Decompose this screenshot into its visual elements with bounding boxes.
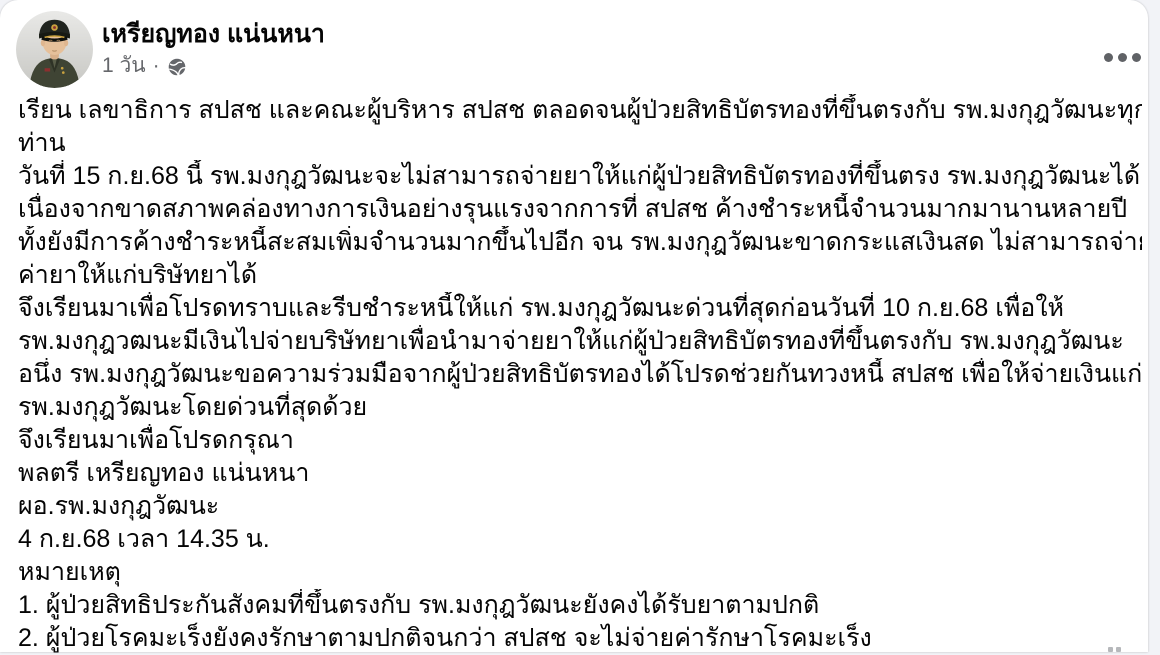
- post-line: รพ.มงกุฎวฒนะมีเงินไปจ่ายบริษัทยาเพื่อนำม…: [18, 325, 1142, 358]
- meta-separator: ·: [153, 53, 160, 79]
- header-text: เหรียญทอง แน่นหนา 1 วัน ·: [102, 19, 325, 79]
- author-name[interactable]: เหรียญทอง แน่นหนา: [102, 19, 325, 49]
- more-options-button[interactable]: [1096, 41, 1148, 73]
- post-header: เหรียญทอง แน่นหนา 1 วัน ·: [16, 11, 1128, 89]
- post-line: 4 ก.ย.68 เวลา 14.35 น.: [18, 523, 1142, 556]
- post-line: จึงเรียนมาเพื่อโปรดกรุณา: [18, 424, 1142, 457]
- globe-privacy-icon: [167, 57, 187, 77]
- post-line: หมายเหตุ: [18, 556, 1142, 589]
- more-options-icon: [1132, 53, 1141, 62]
- post-line: ทั้งยังมีการค้างชำระหนี้สะสมเพิ่มจำนวนมา…: [18, 226, 1142, 259]
- post-body: เรียน เลขาธิการ สปสช และคณะผู้บริหาร สปส…: [18, 94, 1142, 652]
- cropped-content-fragment: [1108, 647, 1124, 652]
- avatar[interactable]: [16, 11, 93, 88]
- post-line: ท่าน: [18, 127, 1142, 160]
- post-line: รพ.มงกุฎวัฒนะโดยด่วนที่สุดด้วย: [18, 391, 1142, 424]
- facebook-post-card: เหรียญทอง แน่นหนา 1 วัน · เรียน เลขาธิกา…: [0, 0, 1148, 652]
- post-line: ค่ายาให้แก่บริษัทยาได้: [18, 259, 1142, 292]
- post-line: 1. ผู้ป่วยสิทธิประกันสังคมที่ขึ้นตรงกับ …: [18, 589, 1142, 622]
- post-meta[interactable]: 1 วัน ·: [102, 53, 325, 79]
- post-line: 2. ผู้ป่วยโรคมะเร็งยังคงรักษาตามปกติจนกว…: [18, 622, 1142, 652]
- post-line: เนื่องจากขาดสภาพคล่องทางการเงินอย่างรุนแ…: [18, 193, 1142, 226]
- post-line: จึงเรียนมาเพื่อโปรดทราบและรีบชำระหนี้ให้…: [18, 292, 1142, 325]
- post-line: วันที่ 15 ก.ย.68 นี้ รพ.มงกุฎวัฒนะจะไม่ส…: [18, 160, 1142, 193]
- avatar-image: [16, 11, 93, 88]
- post-line: อนึ่ง รพ.มงกุฎวัฒนะขอความร่วมมือจากผู้ป่…: [18, 358, 1142, 391]
- post-line: ผอ.รพ.มงกุฎวัฒนะ: [18, 490, 1142, 523]
- post-line: พลตรี เหรียญทอง แน่นหนา: [18, 457, 1142, 490]
- timestamp[interactable]: 1 วัน: [102, 53, 146, 79]
- post-line: เรียน เลขาธิการ สปสช และคณะผู้บริหาร สปส…: [18, 94, 1142, 127]
- more-options-icon: [1104, 53, 1113, 62]
- more-options-icon: [1118, 53, 1127, 62]
